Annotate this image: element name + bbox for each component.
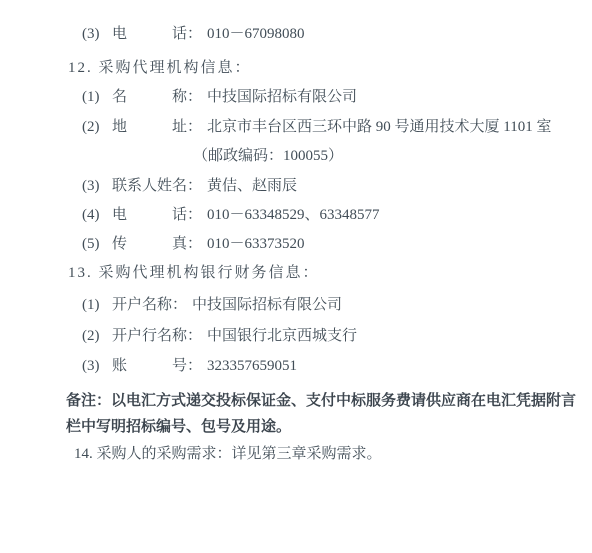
- item-number: (3): [82, 26, 112, 43]
- agency-contact-row: (3)联系人姓名：黄佶、赵雨辰: [82, 178, 297, 195]
- agency-phone-value: 010－63348529、63348577: [207, 207, 380, 223]
- agency-address-row: (2)地 址：北京市丰台区西三环中路 90 号通用技术大厦 1101 室: [82, 119, 551, 136]
- field-label: 名 称：: [112, 89, 202, 105]
- field-label: 地 址：: [112, 119, 202, 135]
- item-number: (4): [82, 207, 112, 224]
- field-label: 电 话：: [112, 207, 202, 223]
- item-number: (5): [82, 236, 112, 253]
- bank-account-number-row: (3)账 号：323357659051: [82, 358, 297, 375]
- field-label: 开户行名称：: [112, 328, 202, 344]
- bank-account-number-value: 323357659051: [207, 358, 297, 374]
- bank-name-value: 中国银行北京西城支行: [207, 328, 357, 344]
- agency-postal-code: （邮政编码：100055）: [193, 148, 343, 165]
- requirements-line: 14. 采购人的采购需求：详见第三章采购需求。: [74, 446, 382, 463]
- item-number: (3): [82, 178, 112, 195]
- field-label: 联系人姓名：: [112, 178, 202, 194]
- item-number: (3): [82, 358, 112, 375]
- item-number: (2): [82, 119, 112, 136]
- remark-line-2: 栏中写明招标编号、包号及用途。: [66, 414, 576, 440]
- bank-account-name-value: 中技国际招标有限公司: [192, 297, 342, 313]
- agency-section-heading: 12. 采购代理机构信息：: [68, 60, 252, 77]
- remark-line-1: 备注：以电汇方式递交投标保证金、支付中标服务费请供应商在电汇凭据附言: [66, 388, 576, 414]
- phone-value: 010－67098080: [207, 26, 305, 42]
- bank-section-heading: 13. 采购代理机构银行财务信息：: [68, 265, 320, 282]
- remark-note: 备注：以电汇方式递交投标保证金、支付中标服务费请供应商在电汇凭据附言 栏中写明招…: [66, 388, 576, 440]
- field-label: 账 号：: [112, 358, 202, 374]
- field-label: 传 真：: [112, 236, 202, 252]
- agency-name-value: 中技国际招标有限公司: [207, 89, 357, 105]
- agency-fax-row: (5)传 真：010－63373520: [82, 236, 305, 253]
- purchaser-phone-row: (3)电 话：010－67098080: [82, 26, 305, 43]
- agency-contact-value: 黄佶、赵雨辰: [207, 178, 297, 194]
- document-page: (3)电 话：010－67098080 12. 采购代理机构信息： (1)名 称…: [0, 0, 592, 553]
- agency-name-row: (1)名 称：中技国际招标有限公司: [82, 89, 357, 106]
- agency-phone-row: (4)电 话：010－63348529、63348577: [82, 207, 380, 224]
- item-number: (1): [82, 297, 112, 314]
- field-label: 开户名称：: [112, 297, 187, 313]
- bank-account-name-row: (1)开户名称：中技国际招标有限公司: [82, 297, 342, 314]
- item-number: (1): [82, 89, 112, 106]
- bank-name-row: (2)开户行名称：中国银行北京西城支行: [82, 328, 357, 345]
- field-label: 电 话：: [112, 26, 202, 42]
- agency-address-value: 北京市丰台区西三环中路 90 号通用技术大厦 1101 室: [207, 119, 551, 135]
- agency-fax-value: 010－63373520: [207, 236, 305, 252]
- item-number: (2): [82, 328, 112, 345]
